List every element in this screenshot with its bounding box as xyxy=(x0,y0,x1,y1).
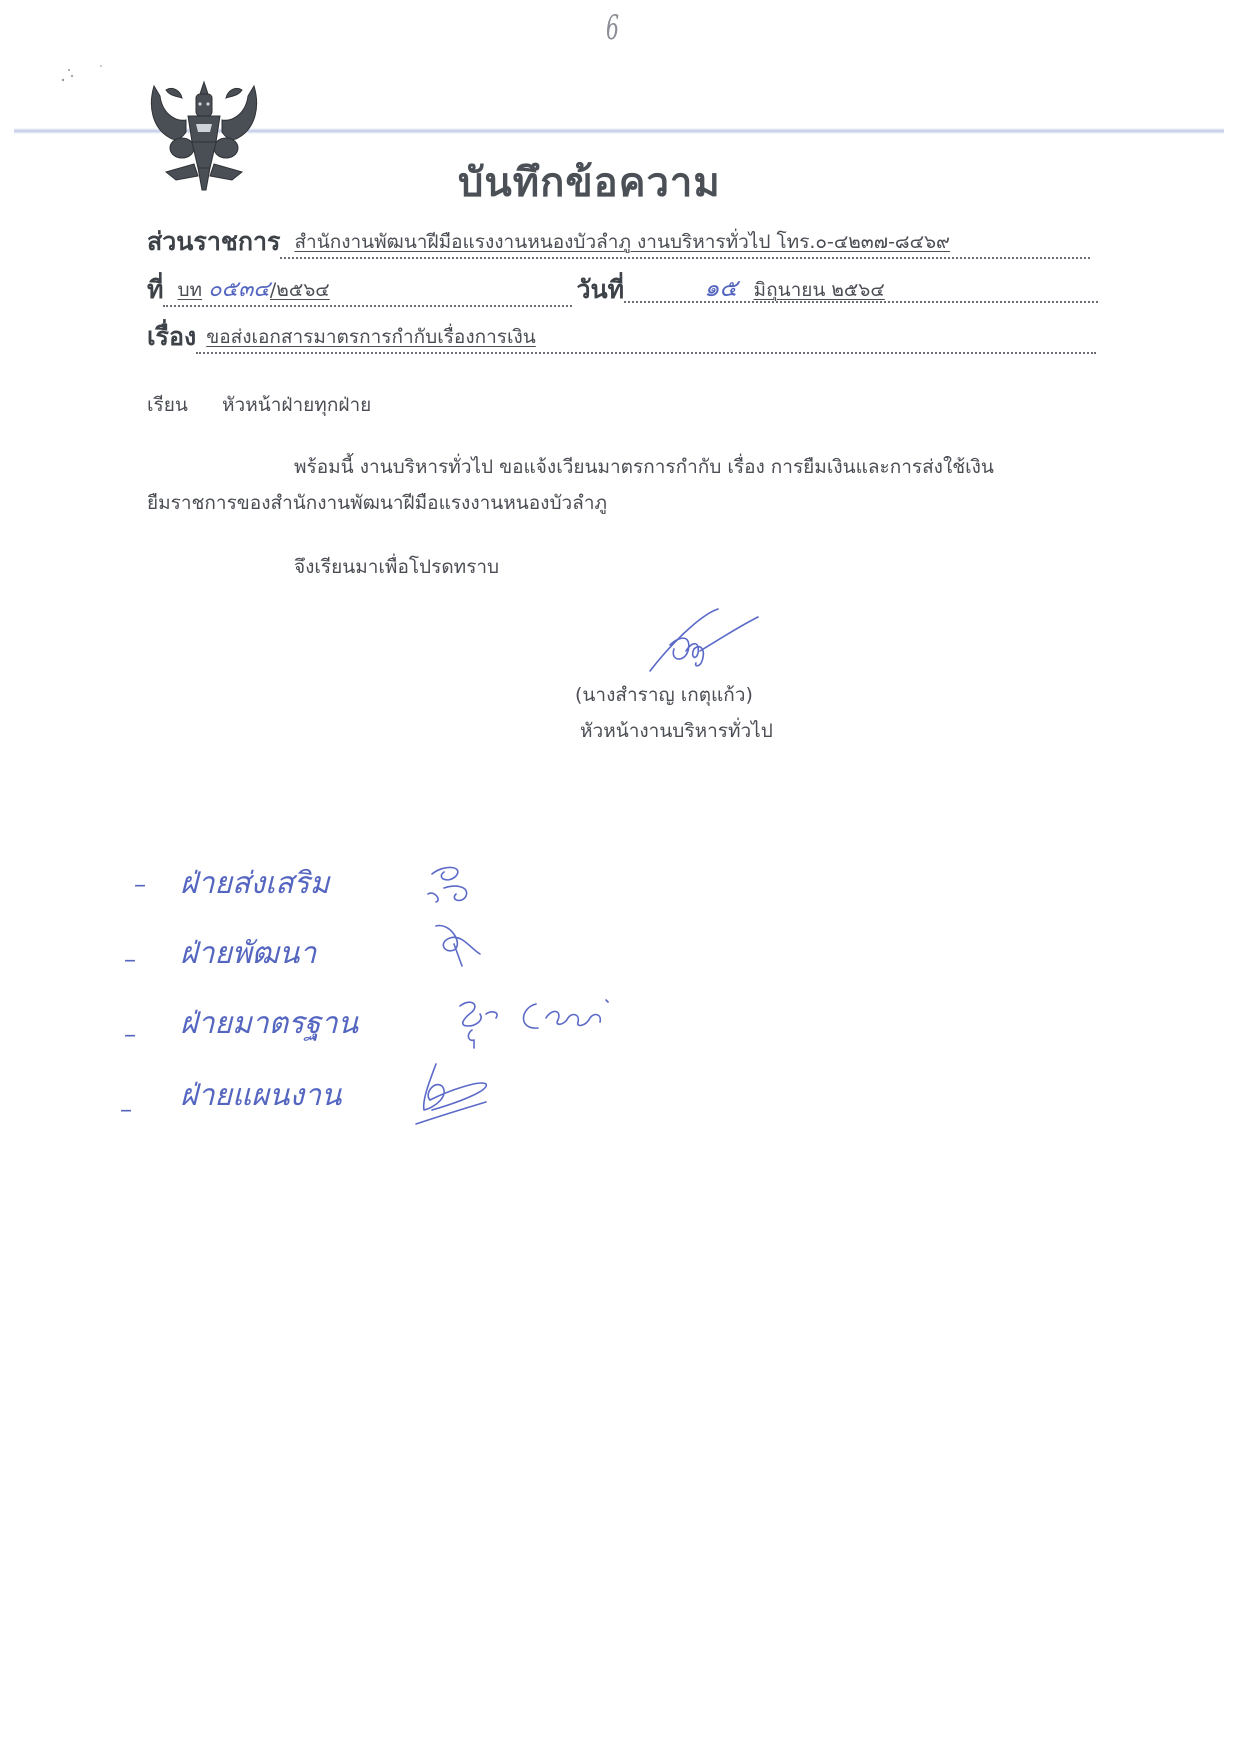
department-label: ส่วนราชการ xyxy=(147,222,280,262)
subject-label: เรื่อง xyxy=(147,317,196,357)
scan-specks xyxy=(55,58,125,88)
routing-dash: – xyxy=(134,870,146,898)
reference-prefix: บท xyxy=(177,279,202,301)
routing-department: ฝ่ายพัฒนา xyxy=(180,930,316,977)
routing-dash: – xyxy=(124,945,136,973)
reference-date-field: ที่ บท ๐๕๓๔/๒๕๖๔ วันที่ ๑๕ มิถุนายน ๒๕๖๔ xyxy=(147,270,1098,310)
handwritten-routing-list: – ฝ่ายส่งเสริม – ฝ่ายพัฒนา – ฝ่ายมาตรฐาน… xyxy=(120,850,720,1150)
body-line-1: พร้อมนี้ งานบริหารทั่วไป ขอแจ้งเวียนมาตร… xyxy=(294,452,994,482)
handwritten-initial-icon xyxy=(420,860,480,905)
routing-dash: – xyxy=(120,1095,132,1123)
handwritten-page-number: 6 xyxy=(606,8,624,52)
salutation-recipient: หัวหน้าฝ่ายทุกฝ่าย xyxy=(222,390,371,420)
subject-field: เรื่อง ขอส่งเอกสารมาตรการกำกับเรื่องการเ… xyxy=(147,317,1096,357)
handwritten-initial-icon xyxy=(410,1060,500,1130)
date-value-line: ๑๕ มิถุนายน ๒๕๖๔ xyxy=(624,273,1098,303)
document-title: บันทึกข้อความ xyxy=(458,150,721,214)
handwritten-initial-icon xyxy=(430,920,500,970)
routing-department: ฝ่ายแผนงาน xyxy=(180,1072,341,1119)
department-value-line: สำนักงานพัฒนาฝีมือแรงงานหนองบัวลำภู งานบ… xyxy=(280,227,1090,259)
subject-value-line: ขอส่งเอกสารมาตรการกำกับเรื่องการเงิน xyxy=(196,322,1096,354)
date-day-handwritten: ๑๕ xyxy=(704,274,737,302)
handwritten-signature-icon xyxy=(450,990,630,1060)
reference-number-handwritten: ๐๕๓๔ xyxy=(208,277,270,302)
reference-value-line: บท ๐๕๓๔/๒๕๖๔ xyxy=(163,275,572,307)
subject-value: ขอส่งเอกสารมาตรการกำกับเรื่องการเงิน xyxy=(206,326,536,348)
closing-line: จึงเรียนมาเพื่อโปรดทราบ xyxy=(294,552,499,582)
signatory-name: (นางสำราญ เกตุแก้ว) xyxy=(575,680,753,710)
routing-department: ฝ่ายส่งเสริม xyxy=(180,860,329,907)
date-month-year: มิถุนายน ๒๕๖๔ xyxy=(754,279,885,301)
handwritten-signature-icon xyxy=(640,605,760,675)
routing-dash: – xyxy=(124,1020,136,1048)
reference-suffix: /๒๕๖๔ xyxy=(270,279,330,301)
reference-label: ที่ xyxy=(147,270,163,310)
routing-department: ฝ่ายมาตรฐาน xyxy=(180,1000,358,1047)
salutation-label: เรียน xyxy=(147,390,188,420)
department-value: สำนักงานพัฒนาฝีมือแรงงานหนองบัวลำภู งานบ… xyxy=(294,231,950,253)
date-label: วันที่ xyxy=(576,270,624,310)
department-field: ส่วนราชการ สำนักงานพัฒนาฝีมือแรงงานหนองบ… xyxy=(147,222,1090,262)
signatory-position: หัวหน้างานบริหารทั่วไป xyxy=(580,716,773,746)
body-line-2: ยืมราชการของสำนักงานพัฒนาฝีมือแรงงานหนอง… xyxy=(147,488,607,518)
garuda-emblem-icon xyxy=(146,76,262,194)
